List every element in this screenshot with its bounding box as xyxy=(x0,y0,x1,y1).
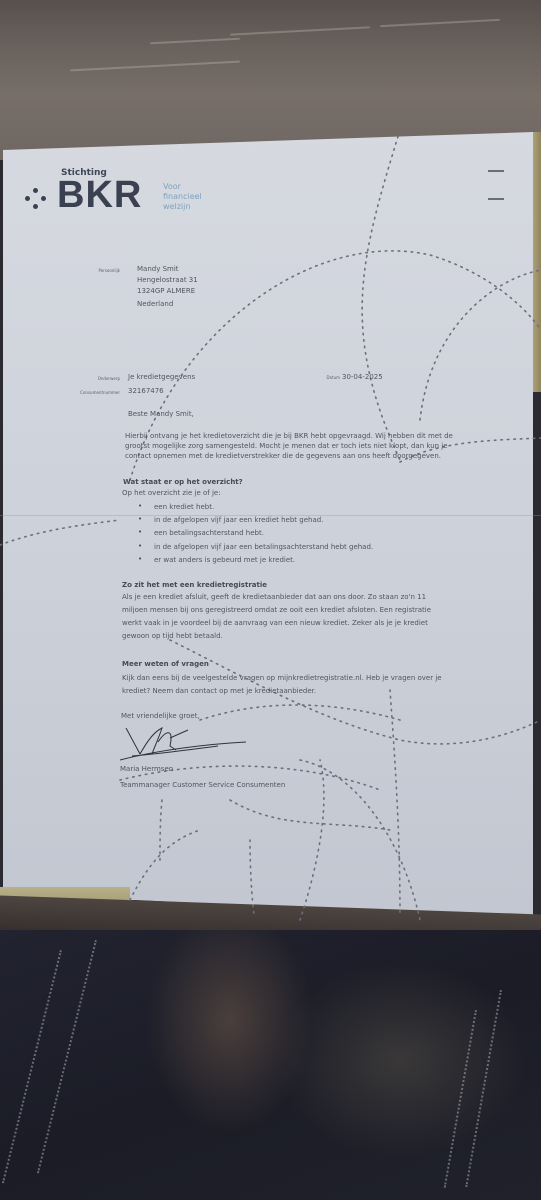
intro-line: contact opnemen met de kredietverstrekke… xyxy=(125,451,441,461)
bullet-item: een krediet hebt. xyxy=(154,502,214,512)
letter-paper xyxy=(3,132,533,932)
bullet-icon: • xyxy=(138,528,142,536)
section-line: miljoen mensen bij ons geregistreerd omd… xyxy=(122,605,431,615)
wood-grain xyxy=(380,19,500,27)
wood-grain xyxy=(150,38,240,45)
bullet-item: er wat anders is gebeurd met je krediet. xyxy=(154,555,295,565)
fold-mark xyxy=(488,170,504,172)
fabric-stitch xyxy=(37,940,99,1174)
wood-grain xyxy=(70,61,240,72)
recipient-postal-city: 1324GP ALMERE xyxy=(137,286,195,296)
recipient-name: Mandy Smit xyxy=(137,264,179,274)
logo-brand: BKR xyxy=(57,174,142,217)
bullet-icon: • xyxy=(138,542,142,550)
tagline-line: welzijn xyxy=(163,202,223,212)
date: 30-04-2025 xyxy=(342,372,383,382)
recipient-street: Hengelostraat 31 xyxy=(137,275,198,285)
intro-line: Hierbij ontvang je het kredietoverzicht … xyxy=(125,431,453,441)
signer-title: Teammanager Customer Service Consumenten xyxy=(120,780,285,790)
bullet-item: in de afgelopen vijf jaar een betalingsa… xyxy=(154,542,373,552)
logo-dots-icon xyxy=(25,188,47,210)
signature xyxy=(118,720,248,762)
subject: Je kredietgegevens xyxy=(128,372,195,382)
fabric-stitch xyxy=(2,950,64,1184)
section-line: gewoon op tijd hebt betaald. xyxy=(122,631,223,641)
section-heading: Meer weten of vragen xyxy=(122,659,209,669)
fabric-foreground xyxy=(0,930,541,1200)
consumer-number-label: Consumentnummer xyxy=(40,390,120,395)
bullet-icon: • xyxy=(138,555,142,563)
salutation: Beste Mandy Smit, xyxy=(128,409,194,419)
section-heading: Wat staat er op het overzicht? xyxy=(123,477,243,487)
logo-tagline: Voor financieel welzijn xyxy=(163,182,223,212)
recipient-country: Nederland xyxy=(137,299,173,309)
section-line: Als je een krediet afsluit, geeft de kre… xyxy=(122,592,426,602)
fold-mark xyxy=(488,198,504,200)
bullet-icon: • xyxy=(138,502,142,510)
section-lead: Op het overzicht zie je of je: xyxy=(122,488,221,498)
date-label: Datum xyxy=(310,375,340,380)
section-line: krediet? Neem dan contact op met je kred… xyxy=(122,686,316,696)
section-heading: Zo zit het met een kredietregistratie xyxy=(122,580,267,590)
intro-line: grootst mogelijke zorg samengesteld. Moc… xyxy=(125,441,448,451)
section-line: werkt vaak in je voordeel bij de aanvraa… xyxy=(122,618,428,628)
wood-grain xyxy=(230,26,370,35)
fabric-stitch xyxy=(465,990,504,1188)
subject-label: Onderwerp xyxy=(60,376,120,381)
recipient-label: Persoonlijk xyxy=(80,268,120,273)
bullet-icon: • xyxy=(138,515,142,523)
bullet-item: een betalingsachterstand hebt. xyxy=(154,528,264,538)
bullet-item: in de afgelopen vijf jaar een krediet he… xyxy=(154,515,323,525)
tagline-line: Voor xyxy=(163,182,223,192)
signer-name: Maria Hermsen xyxy=(120,764,173,774)
tagline-line: financieel xyxy=(163,192,223,202)
consumer-number: 32167476 xyxy=(128,386,164,396)
section-line: Kijk dan eens bij de veelgestelde vragen… xyxy=(122,673,442,683)
